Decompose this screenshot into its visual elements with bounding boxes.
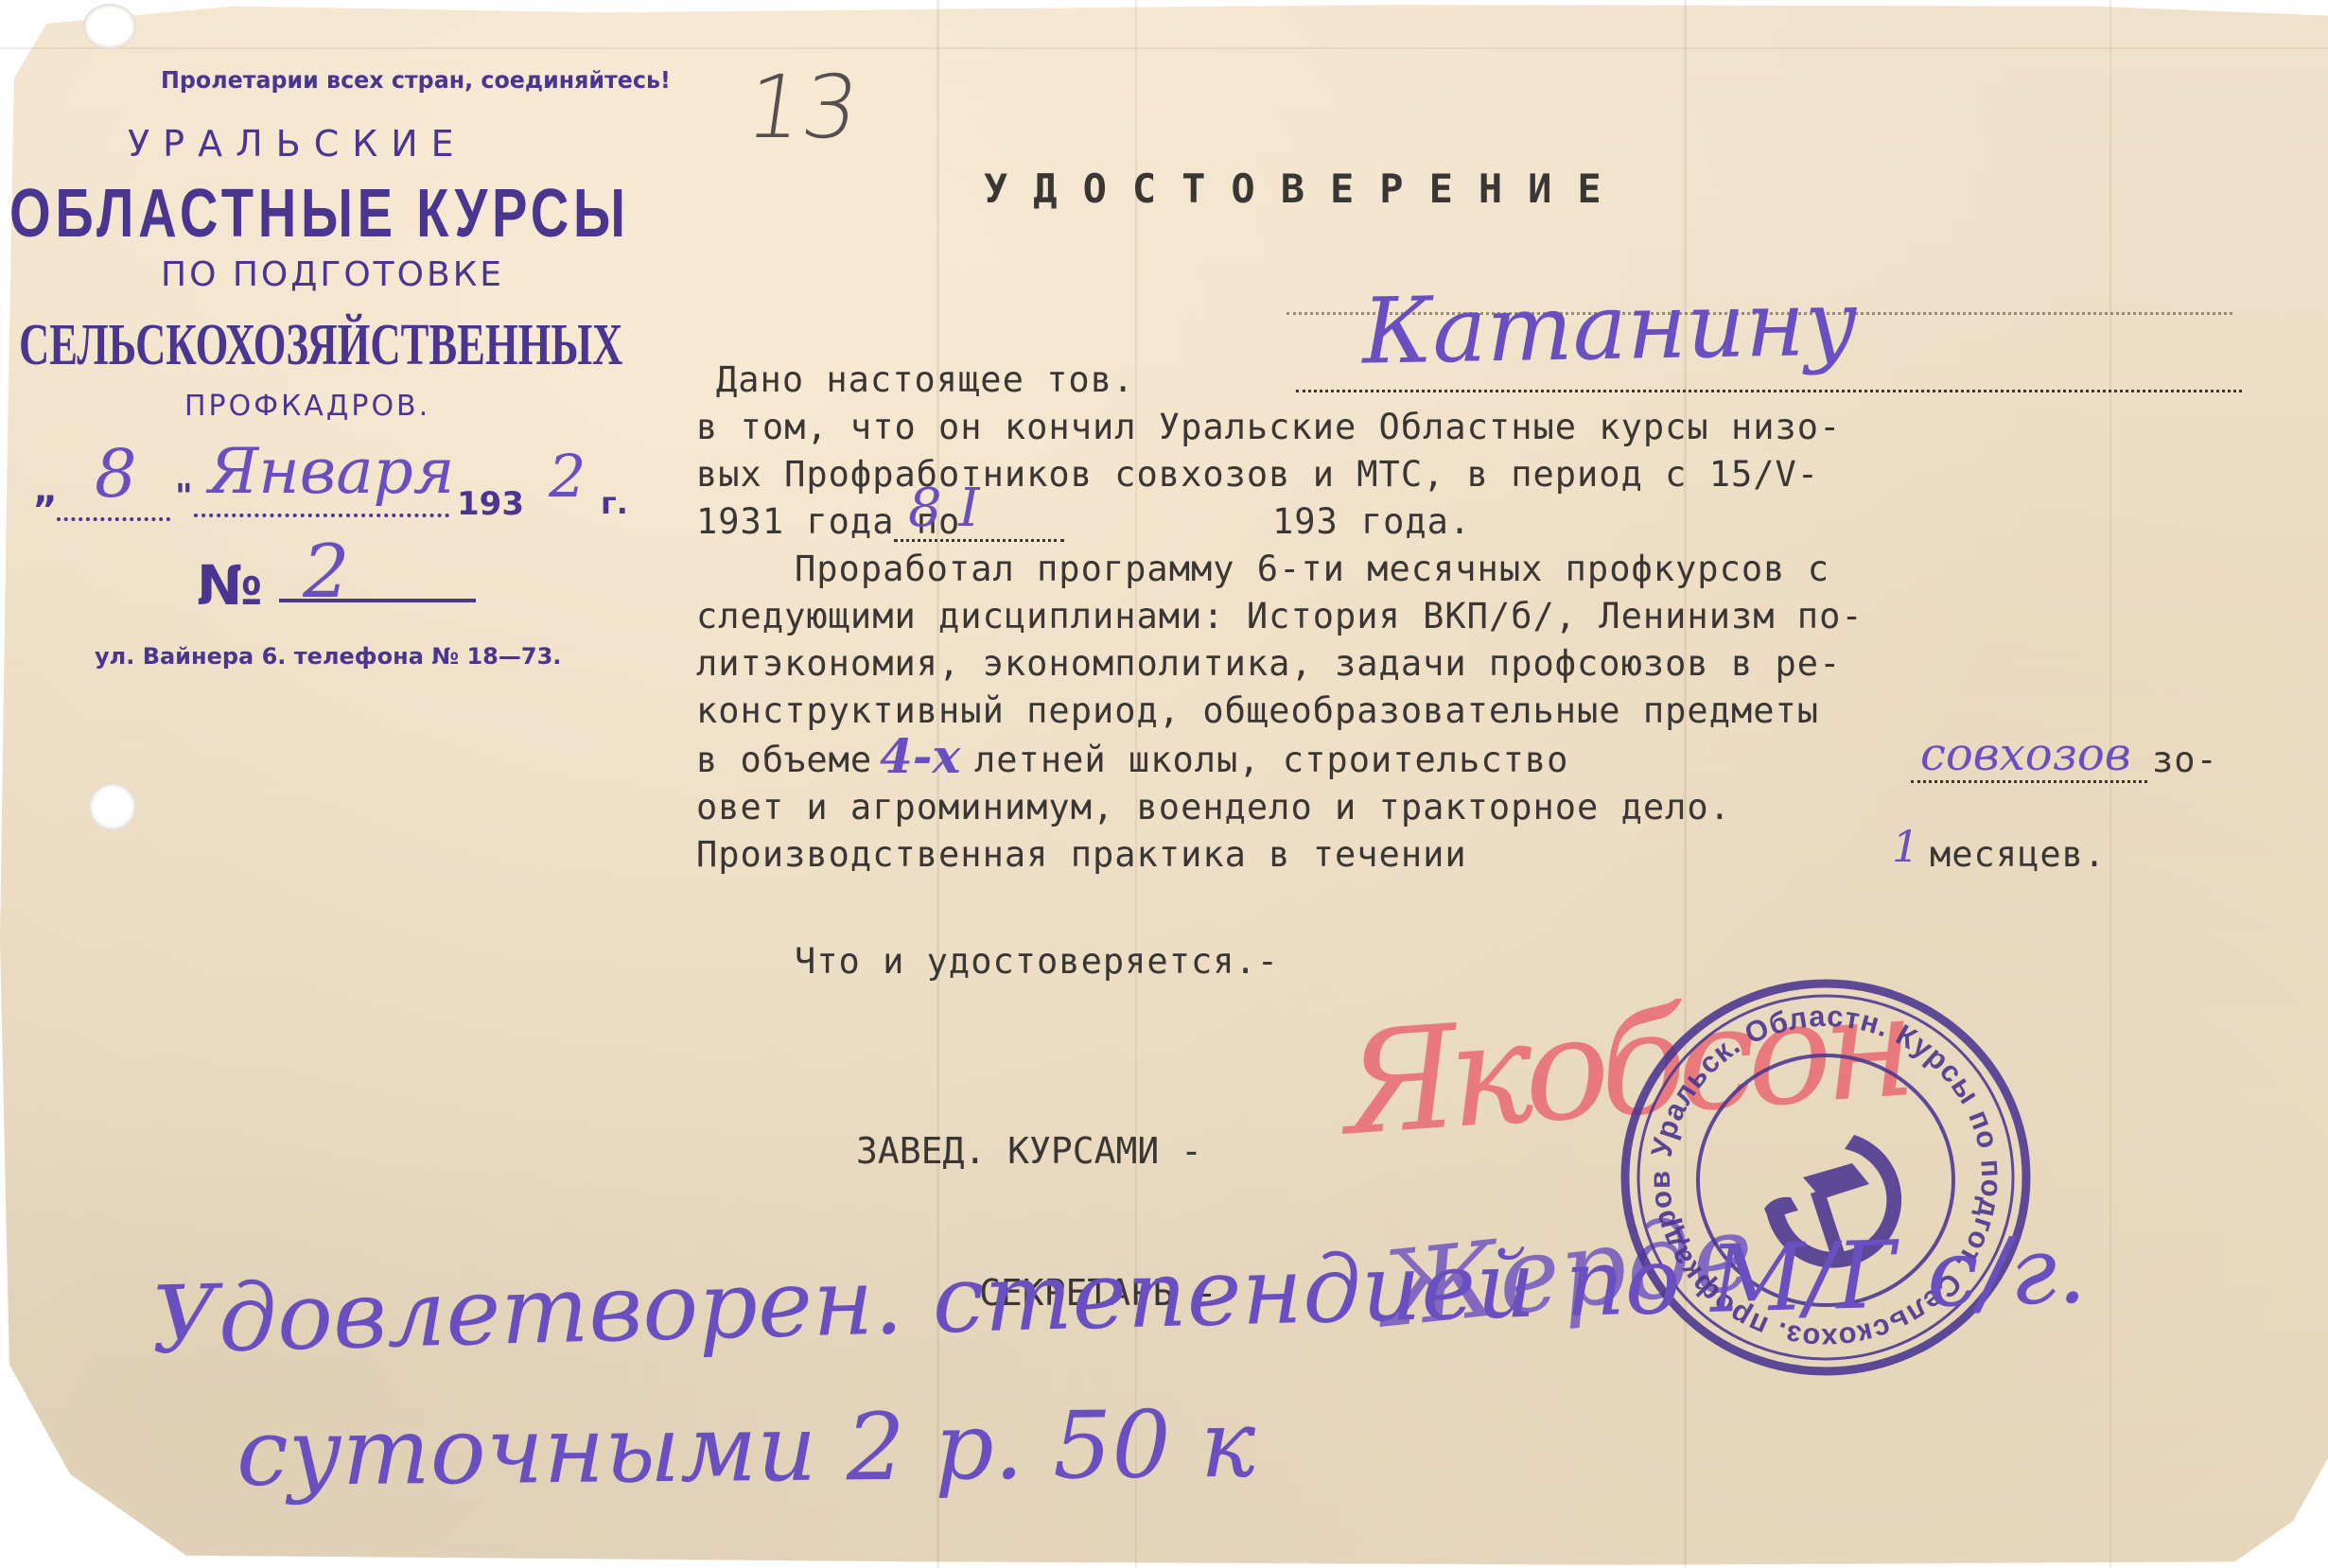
punch-hole: [89, 783, 136, 830]
body-line-11-b: месяцев.: [1930, 834, 2106, 875]
date-year-suffix: 2: [549, 442, 586, 511]
letterhead-line-2: ОБЛАСТНЫЕ КУРСЫ: [9, 175, 630, 253]
body-line-7: литэкономия, экономполитика, задачи проф…: [696, 643, 1841, 684]
body-line-9-c: зо-: [2152, 740, 2218, 780]
body-line-4-b: 193года.: [1272, 501, 1471, 542]
end-year-prefix: 193: [1272, 501, 1339, 542]
practice-months-handwritten: 1: [1892, 821, 1919, 872]
end-year-word: года.: [1361, 501, 1471, 542]
letterhead-line-1: УРАЛЬСКИЕ: [128, 123, 467, 165]
number-line: [279, 599, 476, 602]
body-line-9-a: в объеме: [696, 740, 872, 780]
letterhead-motto: Пролетарии всех стран, соединяйтесь!: [161, 66, 671, 94]
construction-fill-line: [1911, 780, 2147, 783]
closing-phrase: Что и удостоверяется.-: [795, 941, 1279, 982]
end-date-handwritten: 8 I: [908, 478, 980, 539]
date-month: Января: [208, 435, 455, 508]
date-open-quote: „: [33, 468, 58, 512]
paper-crease: [2109, 0, 2111, 1568]
body-line-9-b: летней школы, строительство: [974, 740, 1568, 780]
date-day-line: [57, 517, 170, 521]
date-day: 8: [95, 435, 137, 513]
director-label: ЗАВЕД. КУРСАМИ -: [856, 1130, 1202, 1172]
paper-crease: [0, 47, 2328, 49]
body-line-8: конструктивный период, общеобразовательн…: [696, 690, 1819, 731]
date-year-unit: г.: [601, 485, 628, 521]
body-line-2: в том, что он кончил Уральские Областные…: [696, 407, 1841, 447]
letterhead-line-5: ПРОФКАДРОВ.: [184, 390, 430, 423]
recipient-name: Катанину: [1361, 270, 1859, 384]
letterhead-line-3: ПО ПОДГОТОВКЕ: [161, 255, 504, 294]
recipient-fill-line: [1296, 390, 2242, 392]
body-line-10: овет и агроминимум, воендело и тракторно…: [696, 787, 1731, 828]
body-line-5: Проработал программу 6-ти месячных профк…: [795, 549, 1829, 589]
punch-hole: [83, 4, 136, 49]
date-close-quote: ": [175, 478, 193, 516]
end-date-fill-line: [894, 539, 1064, 542]
handwritten-note-line-2: суточными 2 р. 50 к: [236, 1391, 1256, 1507]
body-line-6: следующими дисциплинами: История ВКП/б/,…: [696, 596, 1864, 636]
body-line-11-a: Производственная практика в течении: [696, 834, 1467, 875]
date-month-line: [194, 514, 449, 517]
archive-number: 13: [740, 57, 865, 158]
body-line-1: Дано настоящее тов.: [716, 359, 1134, 400]
number-label: №: [197, 553, 263, 618]
body-line-3: вых Профработников совхозов и МТС, в пер…: [696, 454, 1819, 495]
letterhead-date: „ " 8 Января 193 2 г.: [33, 440, 620, 525]
date-year-prefix: 193: [457, 485, 524, 523]
letterhead-address: ул. Вайнера 6. телефона № 18—73.: [95, 643, 561, 670]
construction-type-handwritten: совхозов: [1920, 728, 2131, 781]
school-years-handwritten: 4-х: [880, 728, 960, 784]
document-title: УДОСТОВЕРЕНИЕ: [984, 166, 1627, 212]
letterhead-line-4: СЕЛЬСКОХОЗЯЙСТВЕННЫХ: [19, 312, 622, 379]
